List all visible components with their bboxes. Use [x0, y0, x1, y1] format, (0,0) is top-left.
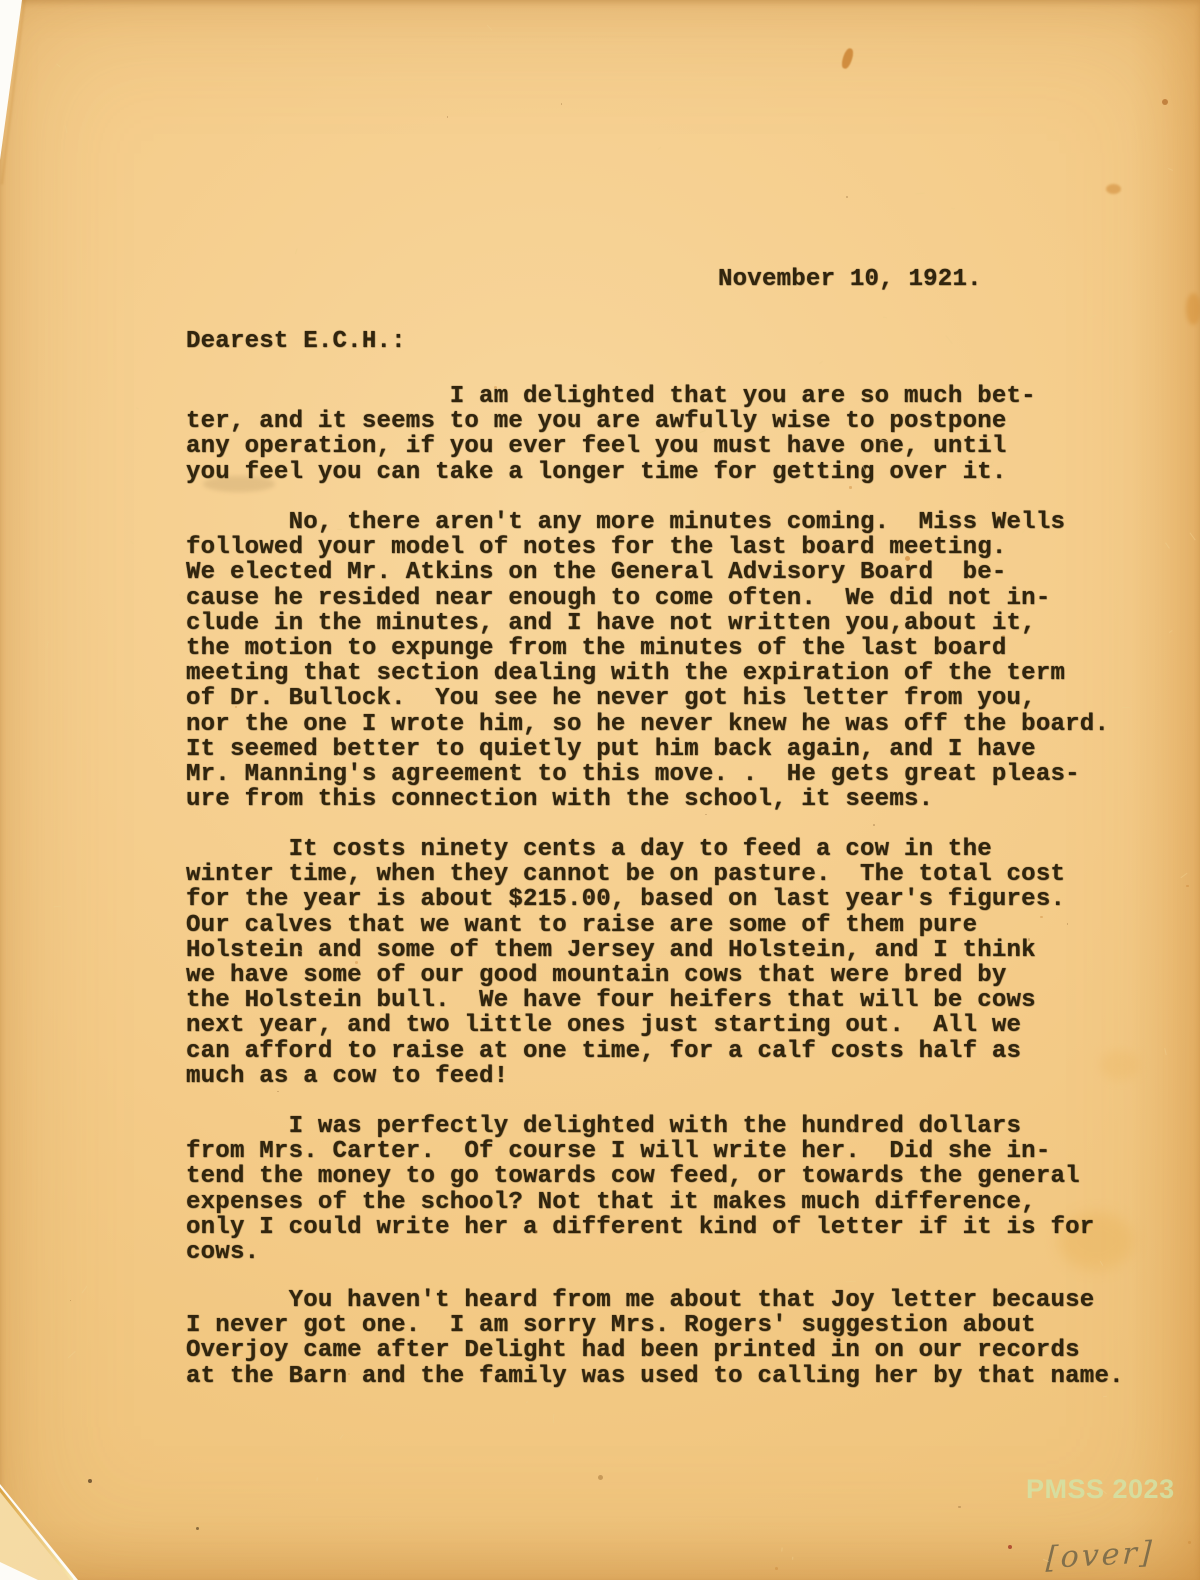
paper-fiber	[846, 196, 848, 198]
paper-fiber	[873, 824, 875, 826]
paper-fiber	[1122, 707, 1130, 709]
paper-fiber	[130, 541, 134, 544]
paper-fiber	[883, 316, 887, 318]
paper-fiber	[849, 486, 852, 488]
paper-fiber	[1103, 1395, 1107, 1397]
paper-fiber	[1067, 923, 1068, 925]
paper-fiber	[277, 1091, 279, 1092]
paper-fiber	[819, 361, 823, 364]
scanned-letter-page: November 10, 1921. Dearest E.C.H.: I am …	[0, 0, 1200, 1580]
paragraph-4: I was perfectly delighted with the hundr…	[186, 1114, 1094, 1265]
paper-fiber	[487, 25, 492, 31]
paper-fiber	[56, 64, 60, 68]
paper-fiber	[561, 103, 562, 105]
paper-edge-shading-bottom	[0, 1520, 1200, 1580]
paper-fiber	[316, 1478, 318, 1482]
rust-stain	[1106, 184, 1121, 194]
paper-fiber	[46, 641, 49, 648]
date-line: November 10, 1921.	[718, 267, 982, 292]
paper-fiber	[658, 147, 662, 151]
paper-fiber	[958, 1506, 960, 1507]
paper-fiber	[136, 407, 140, 409]
ink-speck	[598, 1475, 603, 1480]
paper-fiber	[951, 208, 955, 210]
paper-fiber	[447, 116, 448, 118]
paper-fiber	[68, 1351, 76, 1358]
paper-fiber	[846, 1281, 856, 1283]
paragraph-1: I am delighted that you are so much bet-…	[186, 384, 1036, 485]
paper-fiber	[68, 535, 73, 541]
paper-fiber	[70, 1300, 71, 1302]
paper-fiber	[705, 814, 707, 815]
paper-sheet: November 10, 1921. Dearest E.C.H.: I am …	[0, 0, 1200, 1580]
handwritten-over-note: [over]	[1045, 1535, 1155, 1576]
ink-speck	[88, 1479, 92, 1483]
paper-fiber	[82, 1286, 88, 1294]
paper-fiber	[53, 906, 61, 908]
paper-edge-shading-right	[1130, 0, 1200, 1580]
paper-fiber	[553, 1414, 555, 1423]
paragraph-2: No, there aren't any more minutes coming…	[186, 510, 1109, 812]
paper-fiber	[946, 336, 953, 344]
paper-fiber	[295, 248, 298, 254]
paper-fiber	[525, 1401, 528, 1404]
salutation: Dearest E.C.H.:	[186, 329, 406, 354]
paper-fiber	[65, 125, 68, 133]
paper-fiber	[1100, 1261, 1103, 1266]
watermark-text: PMSS 2023	[1026, 1474, 1175, 1505]
paragraph-3: It costs ninety cents a day to feed a co…	[186, 837, 1065, 1089]
paper-fiber	[340, 1434, 344, 1439]
paper-fiber	[916, 193, 925, 195]
paper-fiber	[1110, 231, 1112, 238]
paper-fiber	[1090, 315, 1096, 319]
rust-stain	[840, 47, 855, 70]
paragraph-5: You haven't heard from me about that Joy…	[186, 1288, 1124, 1389]
